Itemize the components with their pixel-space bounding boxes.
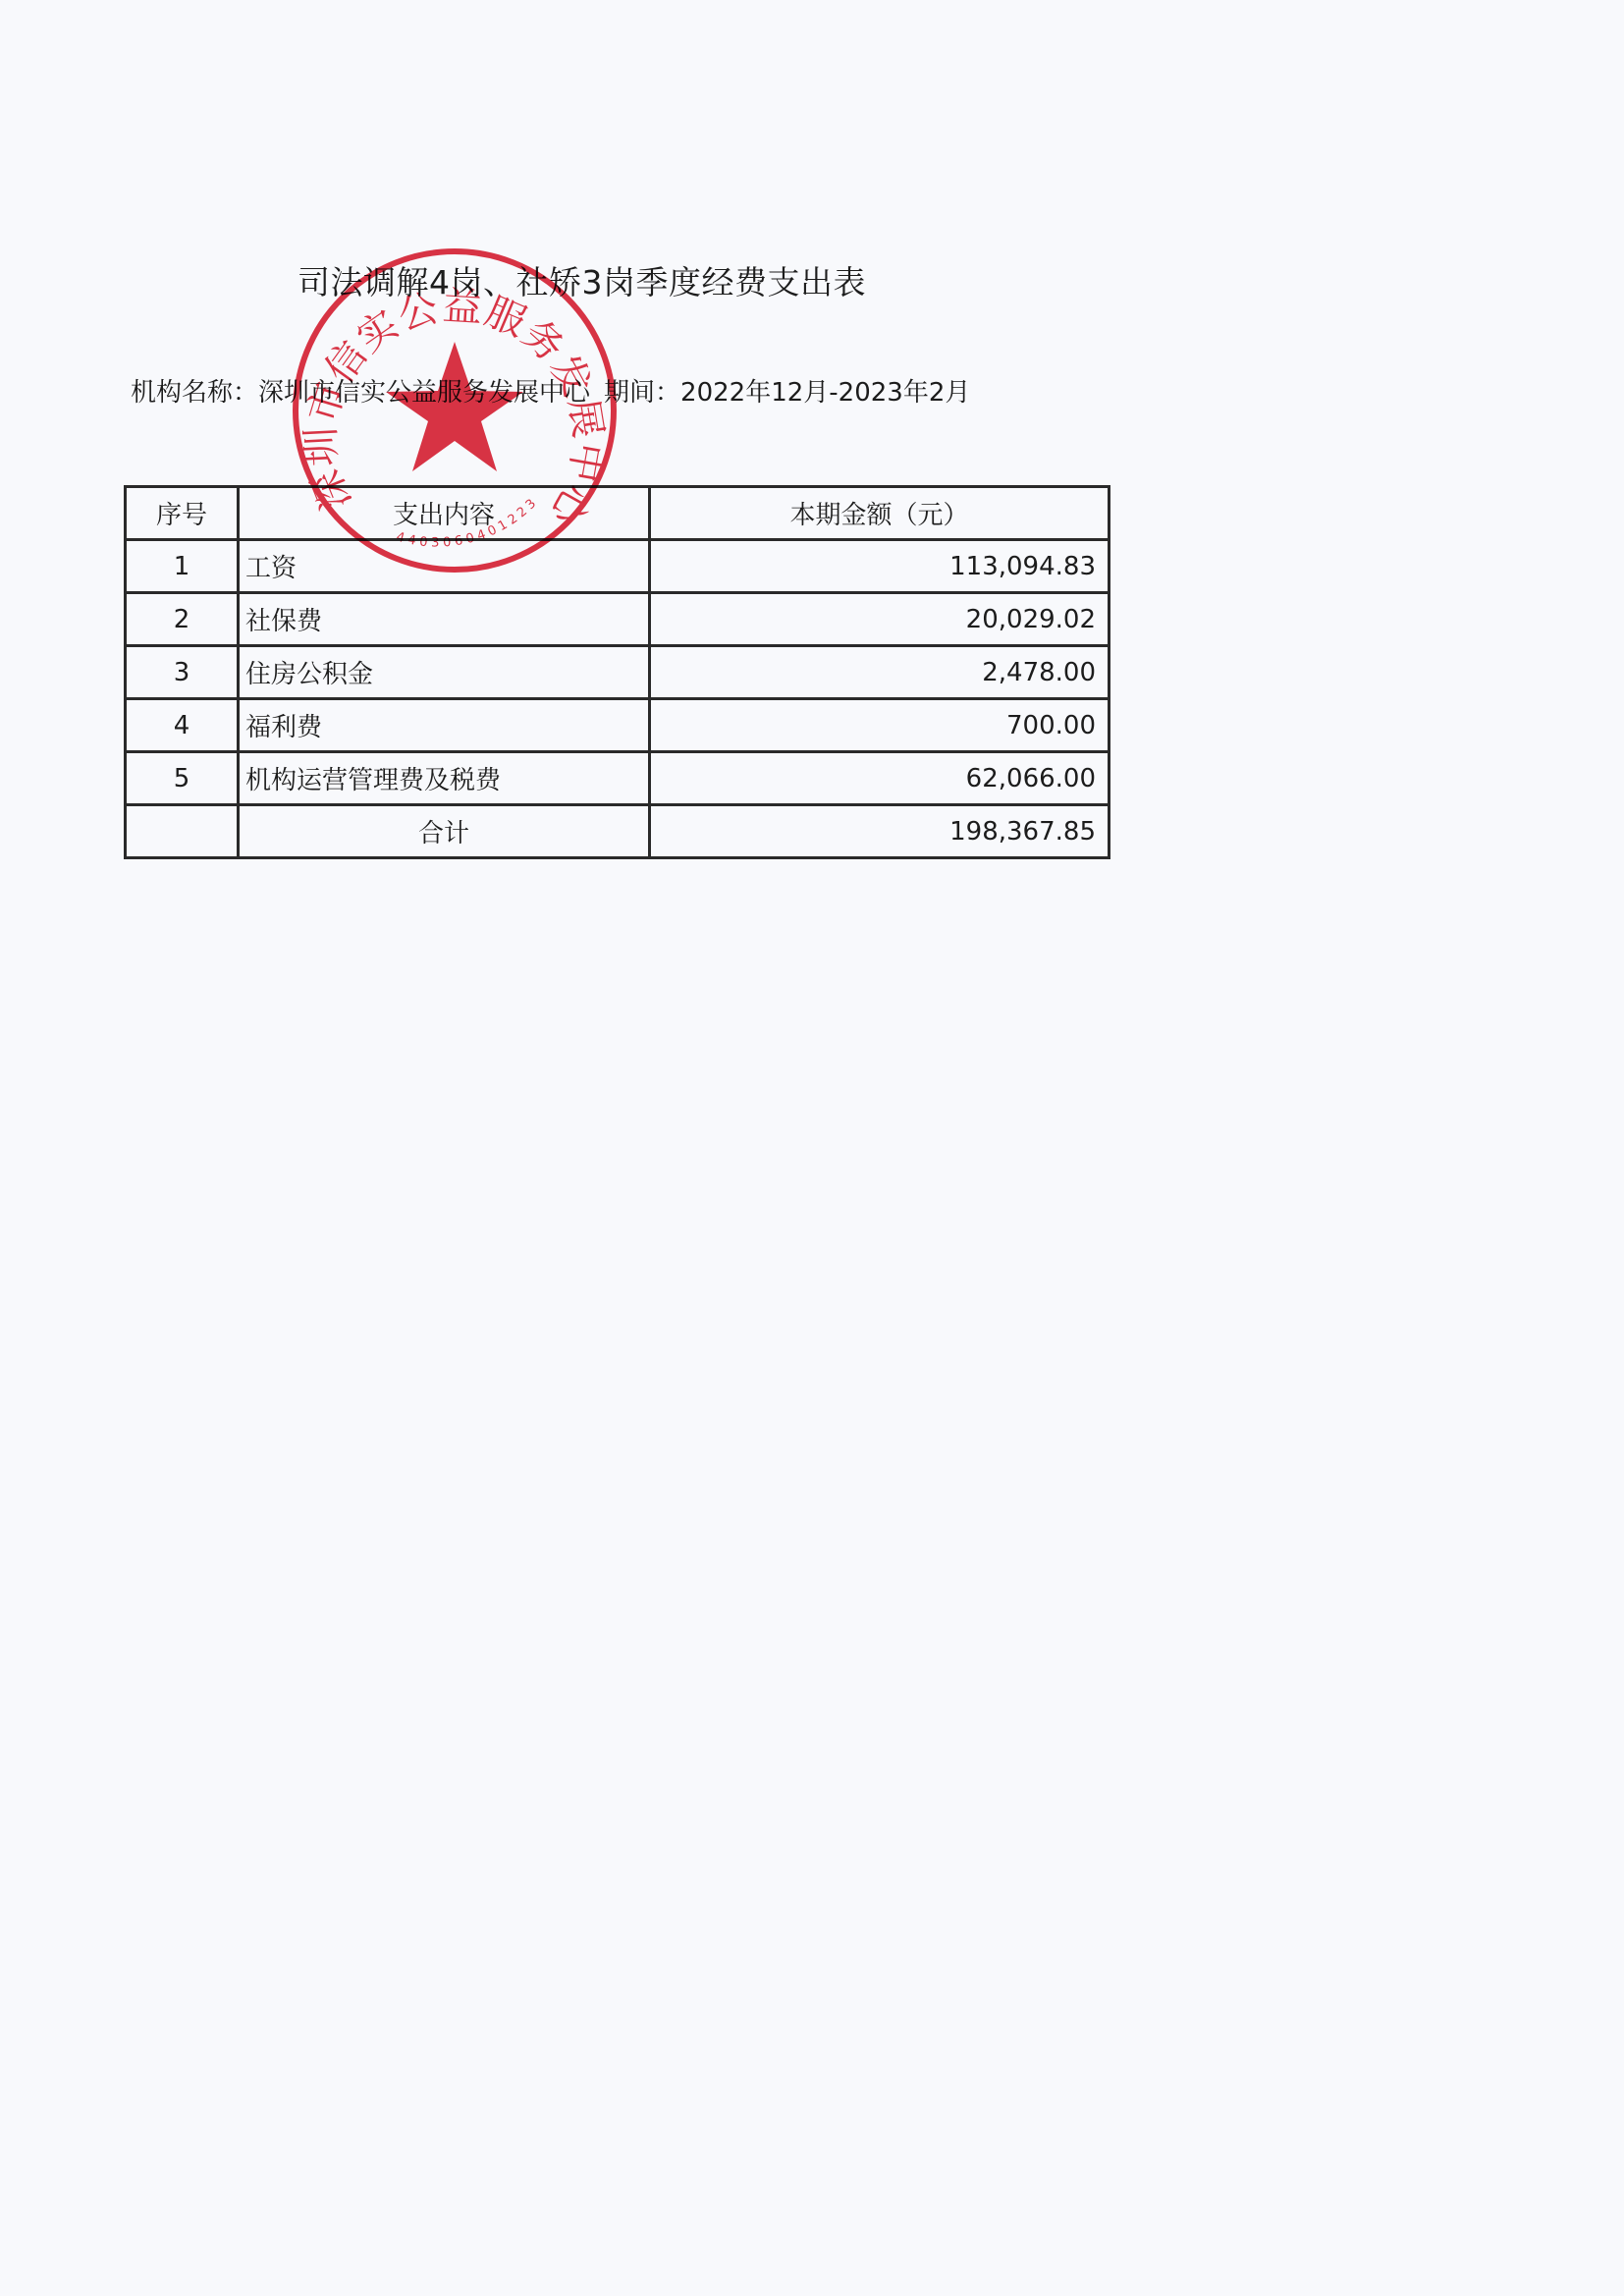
period-value: 2022年12月-2023年2月	[680, 378, 970, 408]
row-amount: 62,066.00	[650, 752, 1110, 805]
row-amount: 700.00	[650, 699, 1110, 752]
row-amount: 20,029.02	[650, 593, 1110, 646]
row-item: 福利费	[239, 699, 650, 752]
row-amount: 2,478.00	[650, 646, 1110, 699]
row-no: 1	[126, 540, 239, 593]
row-item: 工资	[239, 540, 650, 593]
row-item: 机构运营管理费及税费	[239, 752, 650, 805]
page-title: 司法调解4岗、社矫3岗季度经费支出表	[298, 261, 866, 304]
organization-name: 深圳市信实公益服务发展中心	[258, 378, 590, 408]
row-amount: 113,094.83	[650, 540, 1110, 593]
row-no: 5	[126, 752, 239, 805]
expense-table: 序号 支出内容 本期金额（元） 1工资113,094.832社保费20,029.…	[124, 485, 1110, 859]
row-item: 住房公积金	[239, 646, 650, 699]
table-row: 5机构运营管理费及税费62,066.00	[126, 752, 1110, 805]
row-no: 3	[126, 646, 239, 699]
total-label: 合计	[239, 805, 650, 858]
total-amount: 198,367.85	[650, 805, 1110, 858]
total-no	[126, 805, 239, 858]
table-row: 1工资113,094.83	[126, 540, 1110, 593]
header-no: 序号	[126, 487, 239, 540]
document-page: 司法调解4岗、社矫3岗季度经费支出表 机构名称：深圳市信实公益服务发展中心期间：…	[0, 0, 1624, 2296]
table-row: 3住房公积金2,478.00	[126, 646, 1110, 699]
period-label: 期间：	[604, 378, 680, 408]
table-header-row: 序号 支出内容 本期金额（元）	[126, 487, 1110, 540]
row-no: 2	[126, 593, 239, 646]
table-row: 4福利费700.00	[126, 699, 1110, 752]
row-no: 4	[126, 699, 239, 752]
document-meta: 机构名称：深圳市信实公益服务发展中心期间：2022年12月-2023年2月	[131, 375, 970, 410]
table-row: 2社保费20,029.02	[126, 593, 1110, 646]
header-amount: 本期金额（元）	[650, 487, 1110, 540]
organization-label: 机构名称：	[131, 378, 258, 408]
row-item: 社保费	[239, 593, 650, 646]
table-total-row: 合计 198,367.85	[126, 805, 1110, 858]
header-item: 支出内容	[239, 487, 650, 540]
